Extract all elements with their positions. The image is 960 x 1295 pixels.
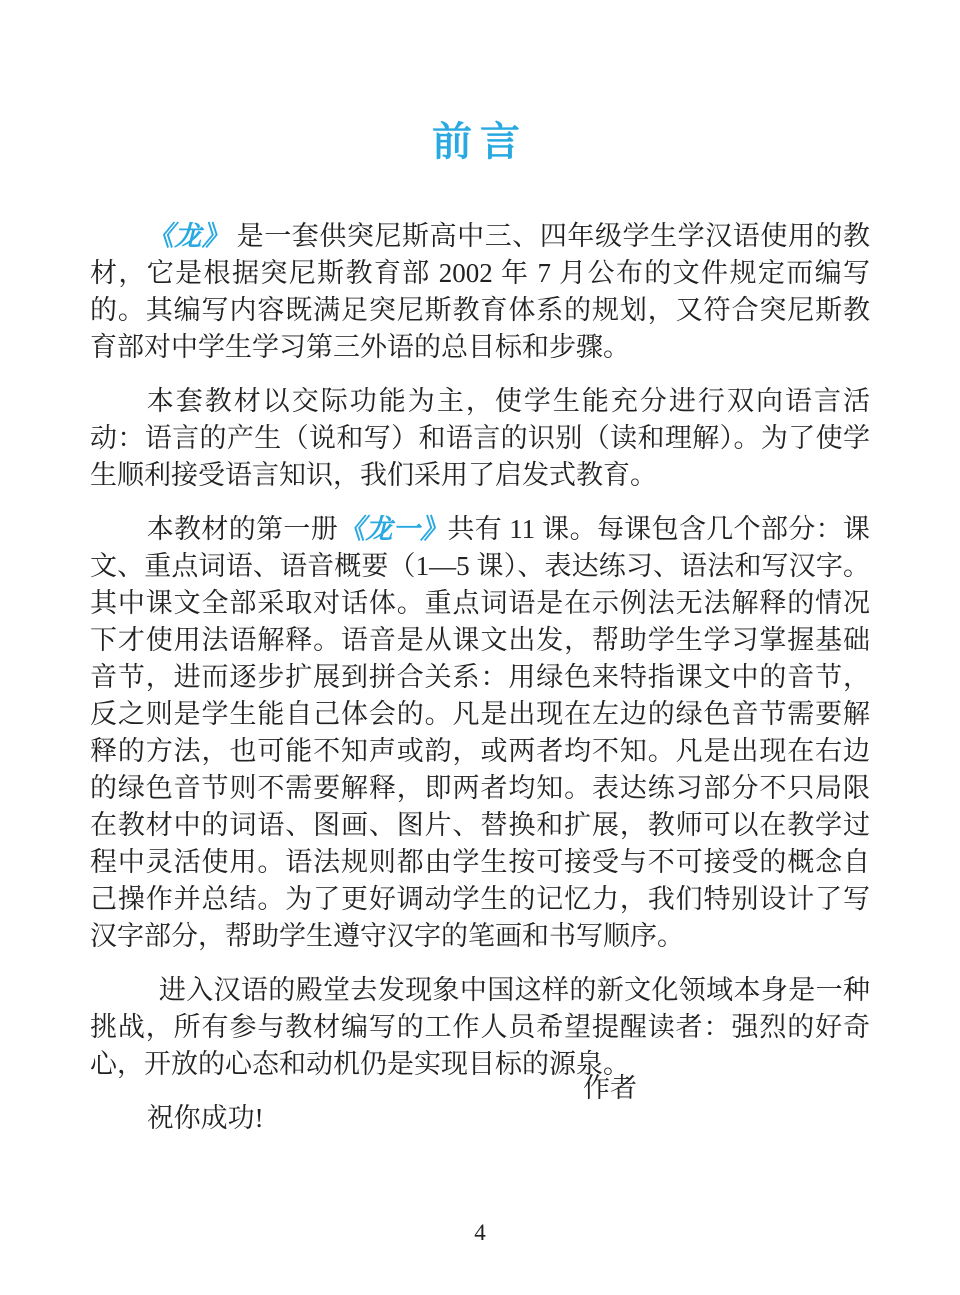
paragraph-5: 祝你成功!	[90, 1100, 870, 1137]
paragraph-4: 进入汉语的殿堂去发现象中国这样的新文化领域本身是一种挑战，所有参与教材编写的工作…	[90, 972, 870, 1083]
paragraph-1: 《龙》 是一套供突尼斯高中三、四年级学生学汉语使用的教材，它是根据突尼斯教育部 …	[90, 218, 870, 366]
body-text: 进入汉语的殿堂去发现象中国这样的新文化领域本身是一种挑战，所有参与教材编写的工作…	[90, 975, 870, 1079]
author-signature: 作者	[583, 1070, 637, 1107]
body-text: 祝你成功!	[147, 1103, 264, 1133]
preface-page: 前言 《龙》 是一套供突尼斯高中三、四年级学生学汉语使用的教材，它是根据突尼斯教…	[0, 0, 960, 1295]
paragraph-3: 本教材的第一册《龙一》共有 11 课。每课包含几个部分：课文、重点词语、语音概要…	[90, 511, 870, 955]
page-number: 4	[0, 1220, 960, 1246]
preface-content: 《龙》 是一套供突尼斯高中三、四年级学生学汉语使用的教材，它是根据突尼斯教育部 …	[90, 218, 870, 1154]
paragraph-2: 本套教材以交际功能为主，使学生能充分进行双向语言活动：语言的产生（说和写）和语言…	[90, 383, 870, 494]
book-title-accent: 《龙一》	[338, 514, 447, 544]
body-text: 本教材的第一册	[147, 514, 338, 544]
book-title-accent: 《龙》	[147, 221, 230, 251]
body-text: 共有 11 课。每课包含几个部分：课文、重点词语、语音概要（1—5 课）、表达练…	[90, 514, 870, 951]
body-text: 本套教材以交际功能为主，使学生能充分进行双向语言活动：语言的产生（说和写）和语言…	[90, 386, 870, 490]
page-title: 前言	[0, 110, 960, 167]
